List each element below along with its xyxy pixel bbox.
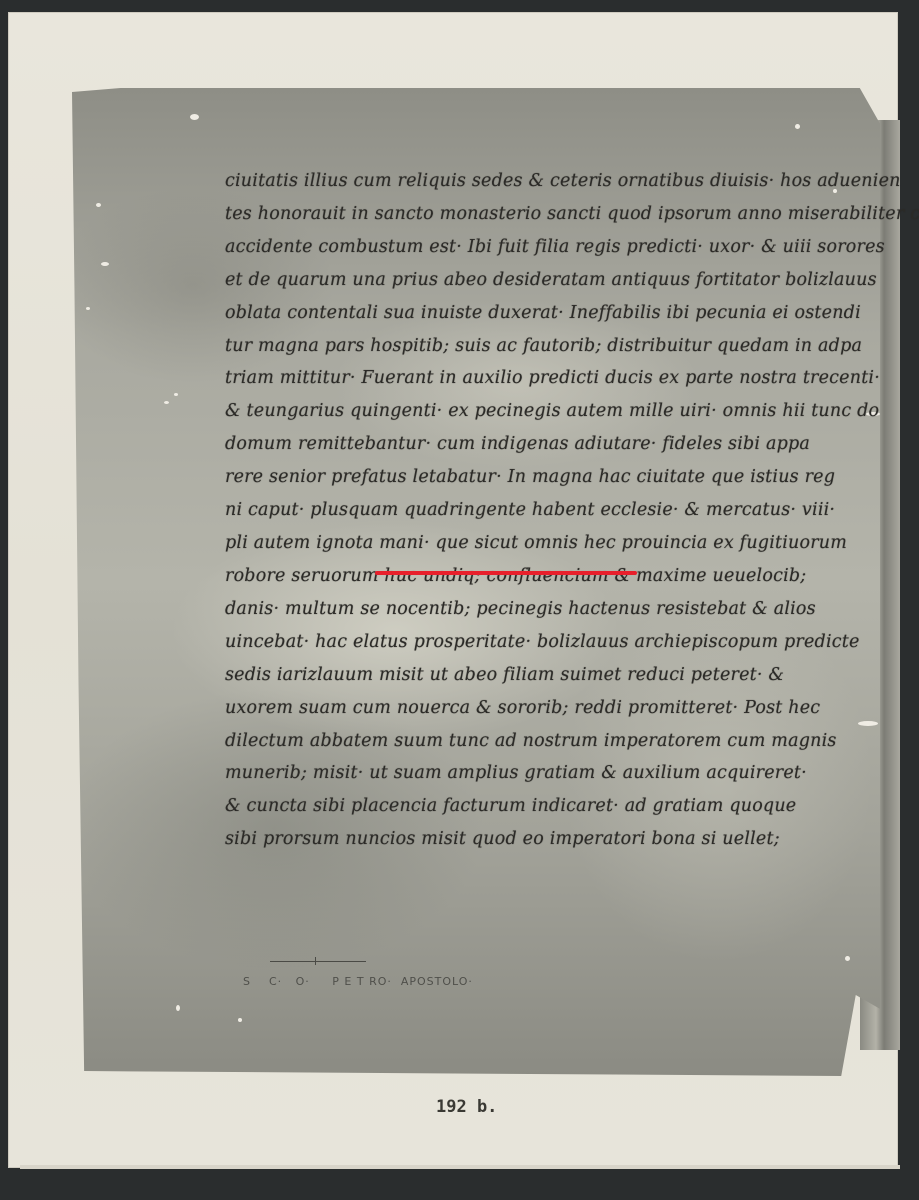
manuscript-line: & teungarius quingenti· ex pecinegis aut… bbox=[225, 401, 879, 421]
manuscript-line: pli autem ignota mani· que sicut omnis h… bbox=[225, 533, 847, 553]
manuscript-line: danis· multum se nocentib; pecinegis hac… bbox=[225, 599, 816, 619]
manuscript-line: dilectum abbatem suum tunc ad nostrum im… bbox=[225, 731, 837, 751]
vellum-hole bbox=[238, 1018, 242, 1022]
manuscript-line: ni caput· plusquam quadringente habent e… bbox=[225, 500, 835, 520]
folio-label: 192 b. bbox=[436, 1097, 497, 1117]
vellum-hole bbox=[858, 721, 878, 726]
manuscript-line: uxorem suam cum nouerca & sororib; reddi… bbox=[225, 698, 820, 718]
vellum-hole bbox=[845, 956, 850, 961]
vellum-hole bbox=[164, 401, 169, 404]
vellum-hole bbox=[174, 393, 178, 396]
vellum-hole bbox=[795, 124, 800, 129]
manuscript-line: et de quarum una prius abeo desideratam … bbox=[225, 270, 877, 290]
manuscript-line: triam mittitur· Fuerant in auxilio predi… bbox=[225, 368, 880, 388]
scale-bar bbox=[270, 961, 366, 962]
manuscript-line: tes honorauit in sancto monasterio sanct… bbox=[225, 204, 919, 224]
red-highlight-underline bbox=[375, 571, 637, 575]
manuscript-line: sibi prorsum nuncios misit quod eo imper… bbox=[225, 829, 780, 849]
manuscript-line: accidente combustum est· Ibi fuit filia … bbox=[225, 237, 885, 257]
vellum-hole bbox=[101, 262, 109, 266]
manuscript-line: munerib; misit· ut suam amplius gratiam … bbox=[225, 763, 807, 783]
manuscript-line: robore seruorum huc undiq; confluencium … bbox=[225, 566, 806, 586]
manuscript-line: domum remittebantur· cum indigenas adiut… bbox=[225, 434, 810, 454]
mount-card-edge bbox=[20, 1165, 900, 1169]
bottom-inscription: S C· O· P E T RO· APOSTOLO· bbox=[243, 975, 473, 988]
manuscript-line: ciuitatis illius cum reliquis sedes & ce… bbox=[225, 171, 901, 191]
manuscript-line: sedis iarizlauum misit ut abeo filiam su… bbox=[225, 665, 784, 685]
vellum-hole bbox=[86, 307, 90, 310]
manuscript-line: uincebat· hac elatus prosperitate· boliz… bbox=[225, 632, 860, 652]
vellum-hole bbox=[190, 114, 199, 120]
manuscript-line: & cuncta sibi placencia facturum indicar… bbox=[225, 796, 796, 816]
vellum-hole bbox=[96, 203, 101, 207]
scale-bar-tick bbox=[315, 957, 316, 965]
vellum-hole bbox=[176, 1005, 180, 1011]
manuscript-line: oblata contentali sua inuiste duxerat· I… bbox=[225, 303, 861, 323]
manuscript-line: rere senior prefatus letabatur· In magna… bbox=[225, 467, 835, 487]
manuscript-line: tur magna pars hospitib; suis ac fautori… bbox=[225, 336, 862, 356]
